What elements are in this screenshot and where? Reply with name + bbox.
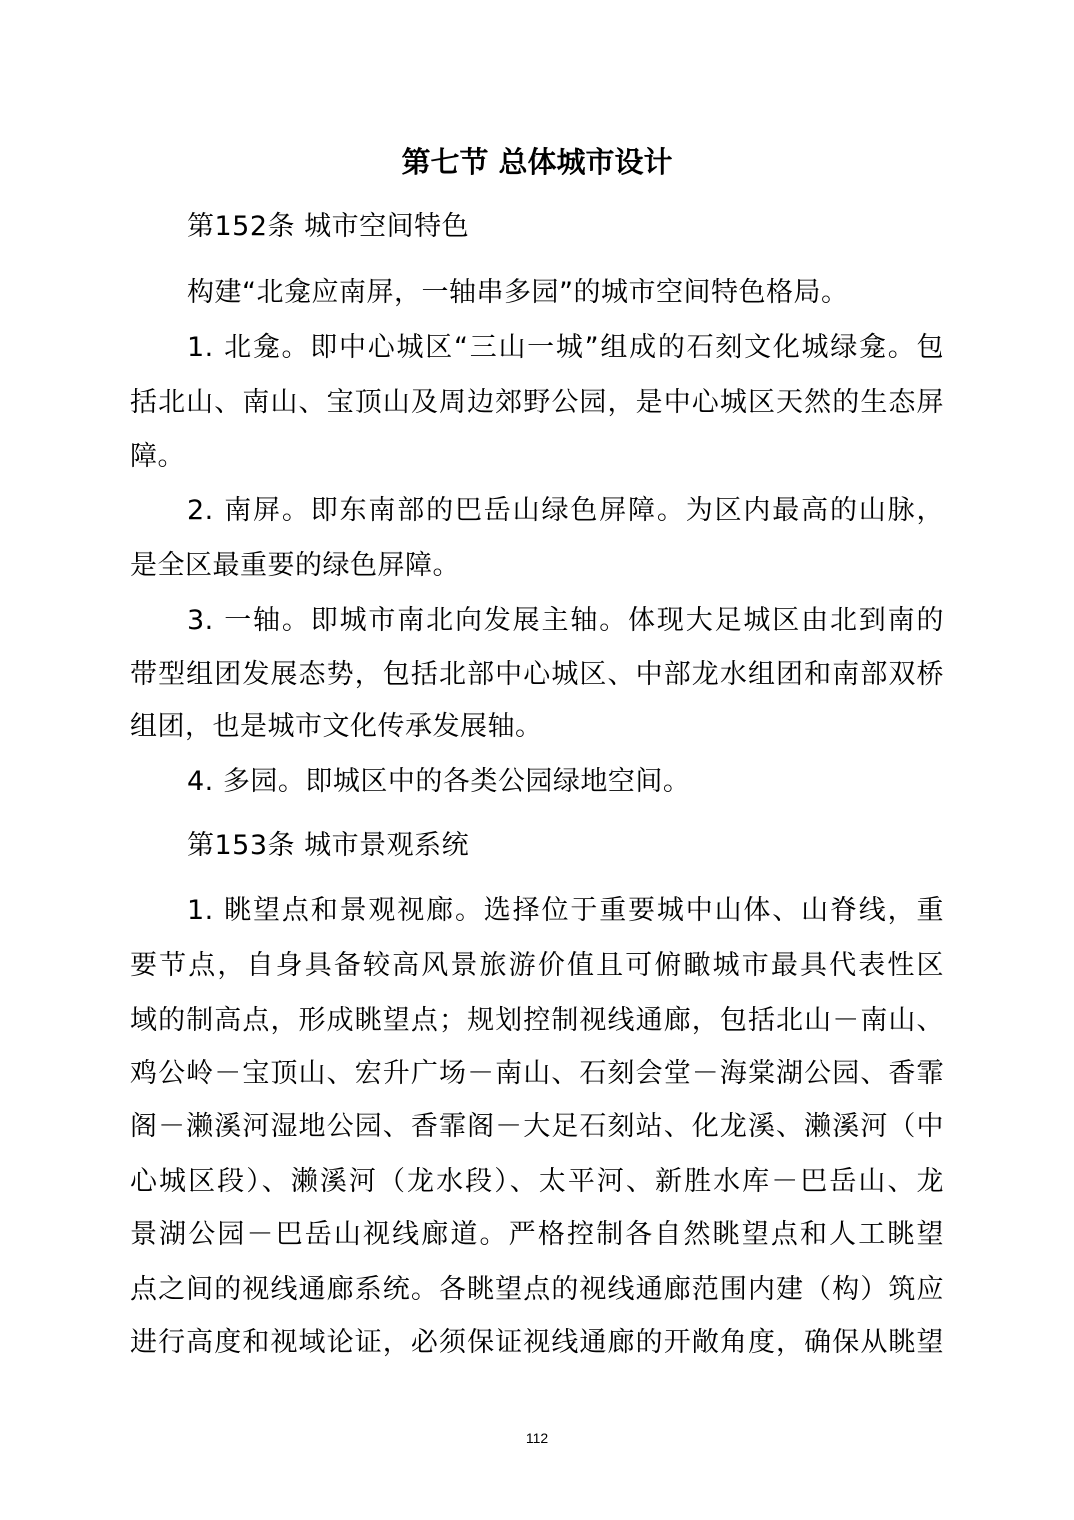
paragraph-line: 带型组团发展态势，包括北部中心城区、中部龙水组团和南部双桥 xyxy=(130,657,944,693)
paragraph-line: 3. 一轴。即城市南北向发展主轴。体现大足城区由北到南的 xyxy=(187,603,944,639)
paragraph-line: 4. 多园。即城区中的各类公园绿地空间。 xyxy=(187,764,944,800)
article-153-heading: 第153条 城市景观系统 xyxy=(187,828,944,864)
paragraph-line: 阁－濑溪河湿地公园、香霏阁－大足石刻站、化龙溪、濑溪河（中 xyxy=(130,1109,944,1145)
article-152-intro: 构建“北龛应南屏，一轴串多园”的城市空间特色格局。 xyxy=(187,275,944,311)
section-title: 第七节 总体城市设计 xyxy=(0,143,1074,181)
paragraph-line: 括北山、南山、宝顶山及周边郊野公园，是中心城区天然的生态屏 xyxy=(130,385,944,421)
paragraph-line: 鸡公岭－宝顶山、宏升广场－南山、石刻会堂－海棠湖公园、香霏 xyxy=(130,1056,944,1092)
paragraph-line: 1. 北龛。即中心城区“三山一城”组成的石刻文化城绿龛。包 xyxy=(187,330,944,366)
paragraph-line: 景湖公园－巴岳山视线廊道。严格控制各自然眺望点和人工眺望 xyxy=(130,1217,944,1253)
document-page: 第七节 总体城市设计 第152条 城市空间特色 构建“北龛应南屏，一轴串多园”的… xyxy=(0,0,1074,1520)
paragraph-line: 域的制高点，形成眺望点；规划控制视线通廊，包括北山－南山、 xyxy=(130,1003,944,1039)
article-152-heading: 第152条 城市空间特色 xyxy=(187,209,944,245)
paragraph-line: 点之间的视线通廊系统。各眺望点的视线通廊范围内建（构）筑应 xyxy=(130,1272,944,1308)
page-number: 112 xyxy=(0,1430,1074,1446)
paragraph-line: 障。 xyxy=(130,439,944,475)
paragraph-line: 是全区最重要的绿色屏障。 xyxy=(130,548,944,584)
paragraph-line: 1. 眺望点和景观视廊。选择位于重要城中山体、山脊线，重 xyxy=(187,893,944,929)
paragraph-line: 组团，也是城市文化传承发展轴。 xyxy=(130,709,944,745)
paragraph-line: 心城区段）、濑溪河（龙水段）、太平河、新胜水库－巴岳山、龙 xyxy=(130,1164,944,1200)
paragraph-line: 进行高度和视域论证，必须保证视线通廊的开敞角度，确保从眺望 xyxy=(130,1325,944,1361)
paragraph-line: 要节点，自身具备较高风景旅游价值且可俯瞰城市最具代表性区 xyxy=(130,948,944,984)
paragraph-line: 2. 南屏。即东南部的巴岳山绿色屏障。为区内最高的山脉， xyxy=(187,493,944,529)
